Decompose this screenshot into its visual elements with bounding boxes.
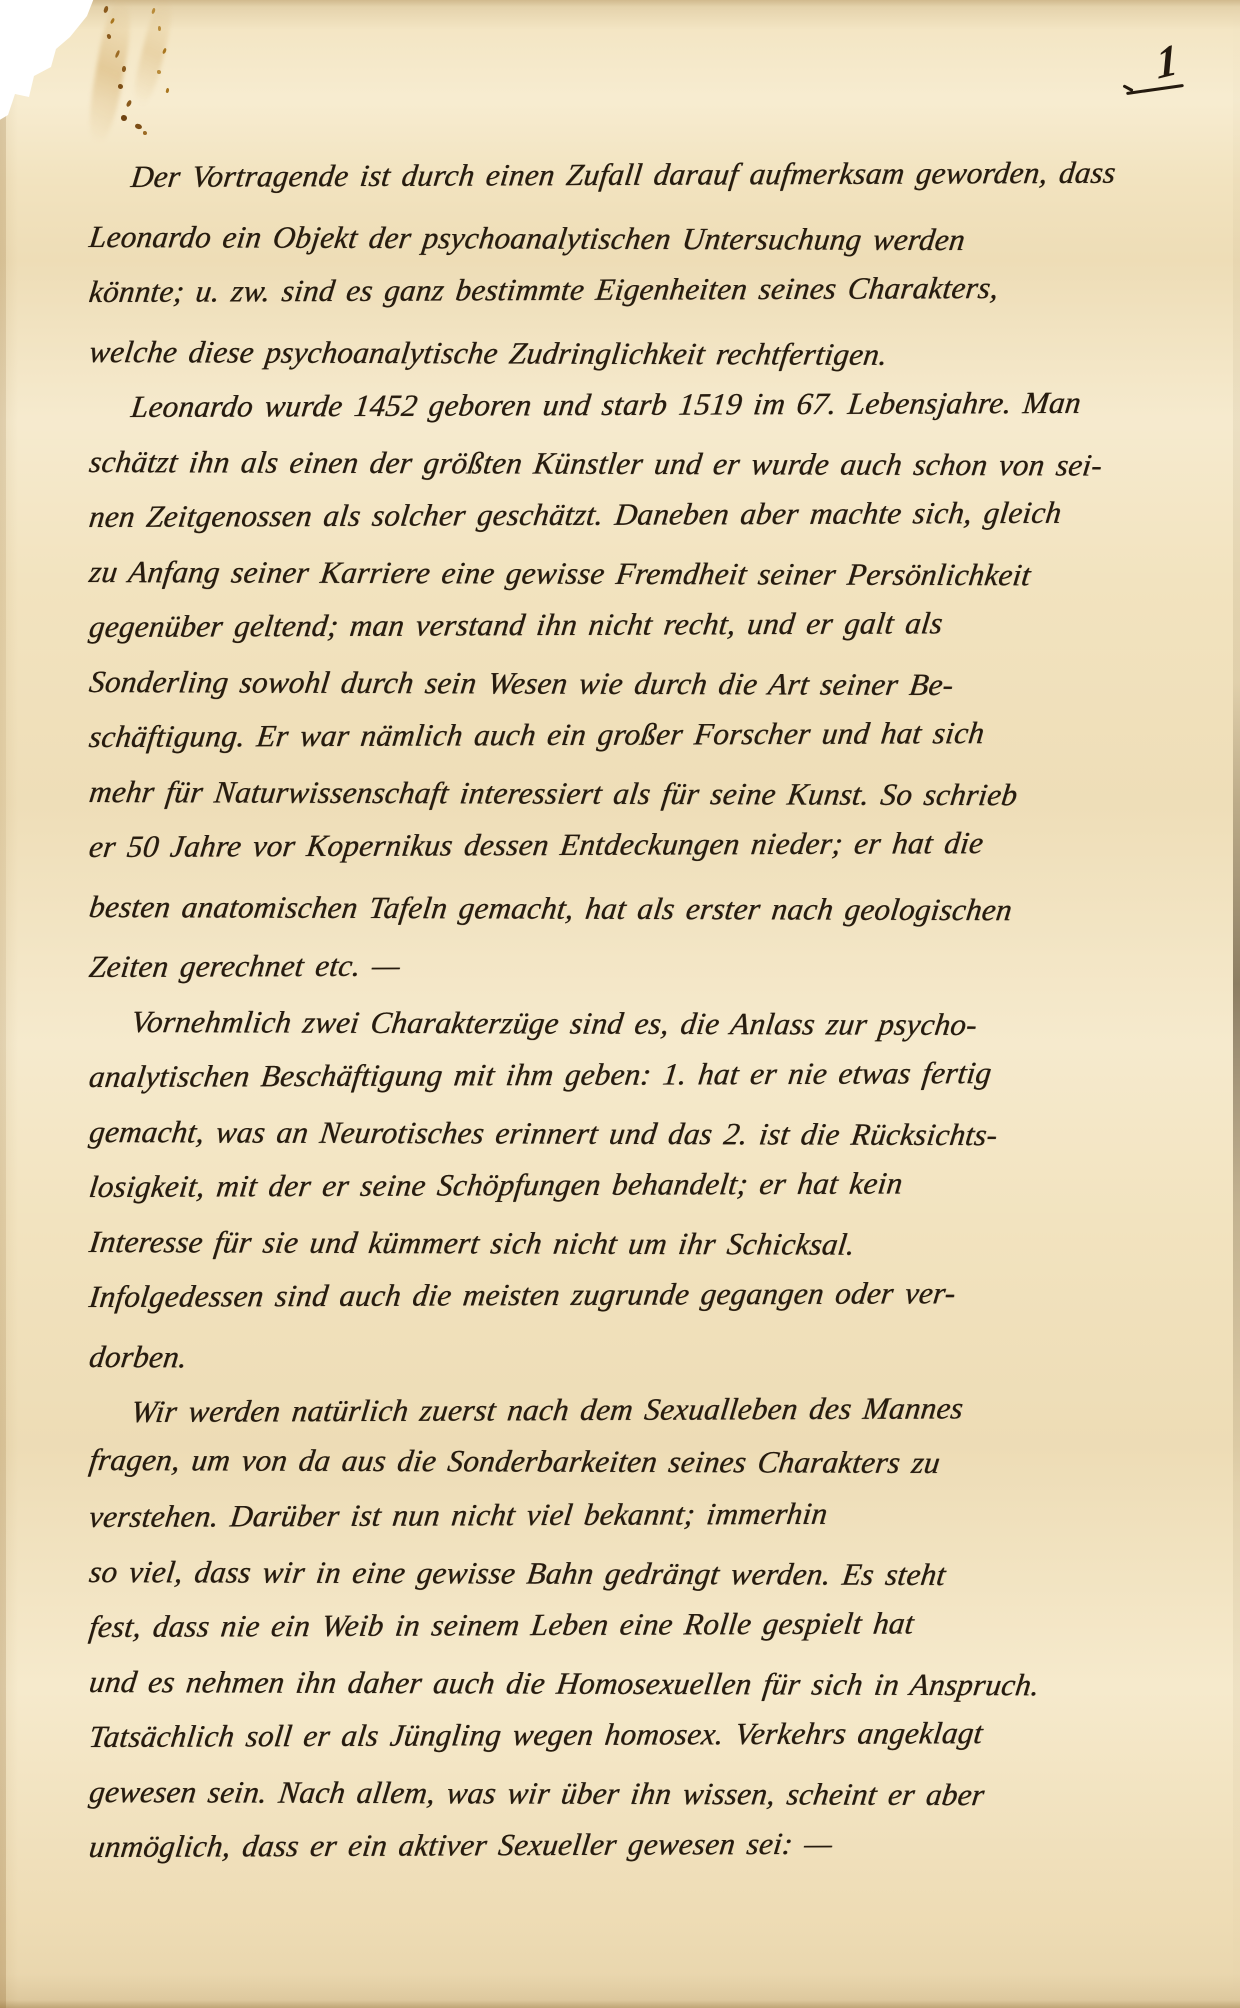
manuscript-line: und es nehmen ihn daher auch die Homosex… [86, 1654, 1043, 1712]
manuscript-line: unmöglich, dass er ein aktiver Sexueller… [86, 1816, 836, 1874]
manuscript-line: analytischen Beschäftigung mit ihm geben… [86, 1045, 995, 1104]
paper-right-edge [1233, 0, 1240, 2008]
manuscript-line: fragen, um von da aus die Sonderbarkeite… [86, 1432, 943, 1490]
paper-left-edge [0, 0, 6, 2008]
manuscript-line: gegenüber geltend; man verstand ihn nich… [86, 595, 946, 654]
manuscript-line: Leonardo ein Objekt der psychoanalytisch… [86, 209, 968, 267]
manuscript-line: welche diese psychoanalytische Zudringli… [86, 324, 891, 382]
stain-speck [126, 99, 133, 107]
manuscript-line: Der Vortragende ist durch einen Zufall d… [128, 145, 1119, 204]
stain-speck [143, 131, 147, 135]
manuscript-line: Leonardo wurde 1452 geboren und starb 15… [128, 375, 1084, 434]
stain-speck [121, 115, 127, 121]
manuscript-line: besten anatomischen Tafeln gemacht, hat … [86, 879, 1015, 937]
stain-speck [118, 84, 123, 89]
manuscript-line: gemacht, was an Neurotisches erinnert un… [86, 1104, 1001, 1162]
paper: 1 Der Vortragende ist durch einen Zufall… [0, 0, 1240, 2008]
stain-speck [122, 66, 127, 73]
stain-speck [103, 6, 109, 14]
manuscript-line: Tatsächlich soll er als Jüngling wegen h… [86, 1705, 986, 1764]
paper-bottom-edge [0, 2000, 1240, 2008]
page-number-digit: 1 [1155, 33, 1180, 90]
stain-speck [162, 48, 167, 55]
manuscript-line: er 50 Jahre vor Kopernikus dessen Entdec… [86, 815, 987, 874]
stain-speck [158, 26, 161, 31]
stain-smear [130, 0, 177, 107]
manuscript-line: nen Zeitgenossen als solcher geschätzt. … [86, 485, 1065, 544]
manuscript-line: Wir werden natürlich zuerst nach dem Sex… [128, 1380, 966, 1439]
manuscript-line: Vornehmlich zwei Charakterzüge sind es, … [128, 994, 981, 1052]
page-number-underline [1126, 84, 1184, 95]
manuscript-line: so viel, dass wir in eine gewisse Bahn g… [86, 1544, 949, 1602]
page-number: 1 [1142, 36, 1212, 106]
manuscript-line: losigkeit, mit der er seine Schöpfungen … [86, 1155, 906, 1214]
manuscript-line: Zeiten gerechnet etc. — [86, 938, 403, 994]
stain-speck [157, 70, 161, 74]
manuscript-line: dorben. [86, 1329, 191, 1384]
manuscript-line: könnte; u. zw. sind es ganz bestimmte Ei… [86, 260, 1002, 319]
manuscript-line: schäftigung. Er war nämlich auch ein gro… [86, 705, 988, 764]
manuscript-line: Sonderling sowohl durch sein Wesen wie d… [86, 654, 957, 712]
stain-speck [165, 88, 169, 94]
manuscript-line: verstehen. Darüber ist nun nicht viel be… [86, 1486, 831, 1544]
manuscript-line: Interesse für sie und kümmert sich nicht… [86, 1214, 858, 1272]
stain-speck [134, 123, 142, 130]
manuscript-line: gewesen sein. Nach allem, was wir über i… [86, 1764, 988, 1822]
manuscript-line: zu Anfang seiner Karriere eine gewisse F… [86, 544, 1034, 602]
manuscript-line: schätzt ihn als einen der größten Künstl… [86, 434, 1106, 493]
manuscript-line: fest, dass nie ein Weib in seinem Leben … [86, 1595, 917, 1654]
manuscript-line: mehr für Naturwissenschaft interessiert … [86, 764, 1021, 822]
manuscript-line: Infolgedessen sind auch die meisten zugr… [86, 1265, 959, 1324]
